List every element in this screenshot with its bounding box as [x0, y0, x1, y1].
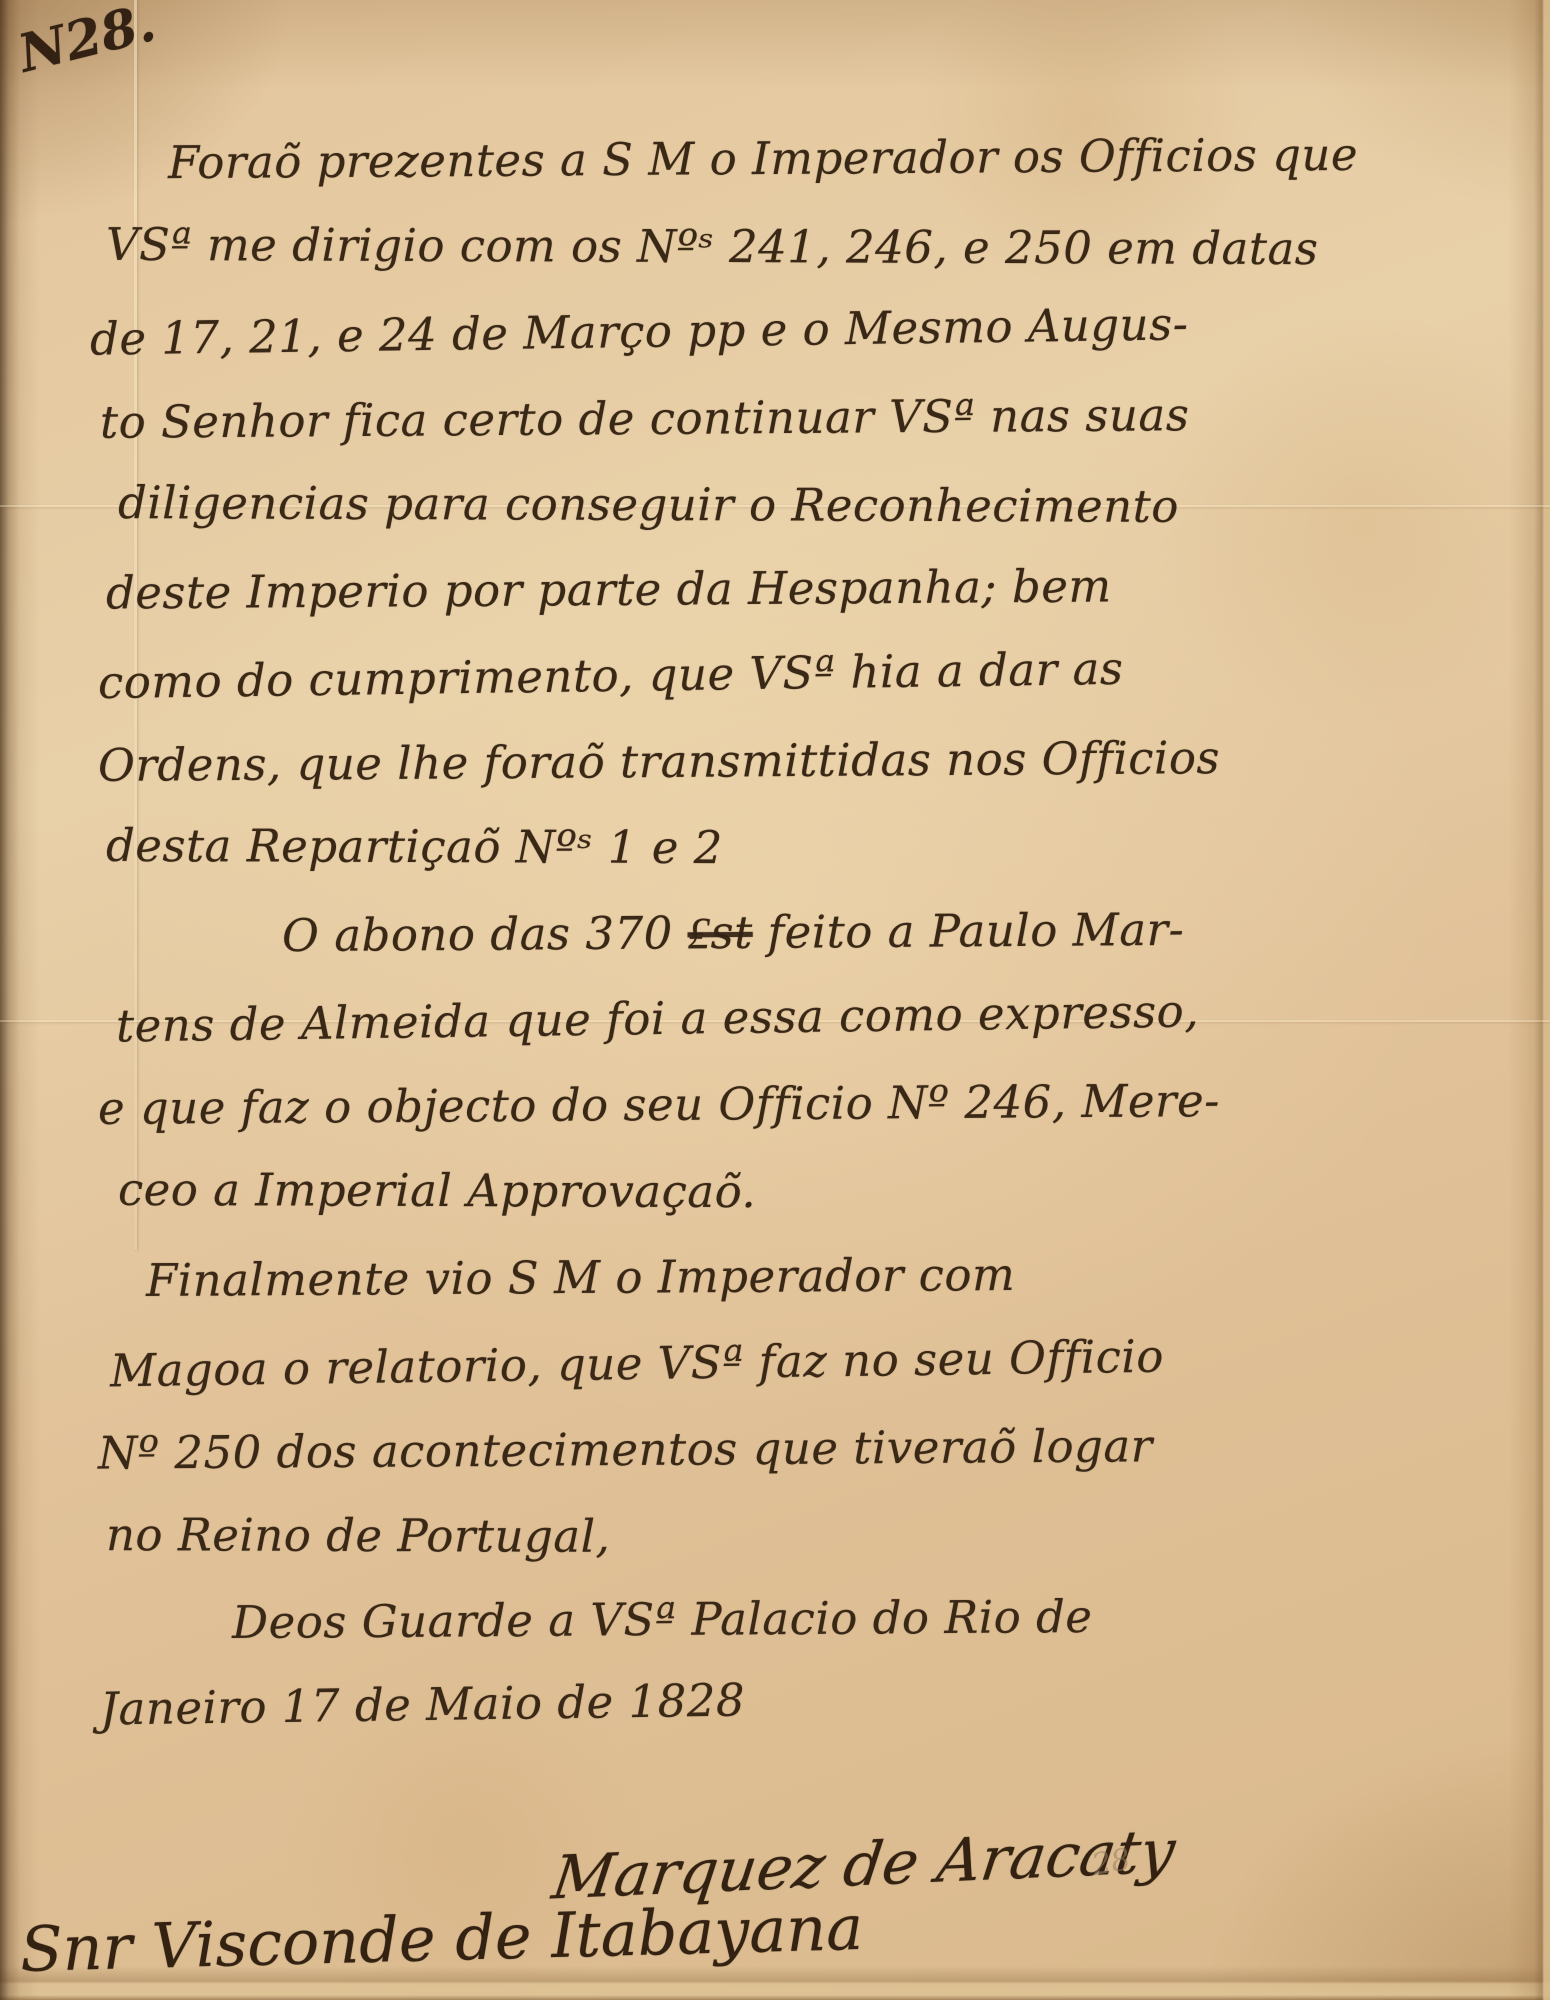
- manuscript-line: ceo a Imperial Approvaçaõ.: [118, 1163, 756, 1218]
- manuscript-line: tens de Almeida que foi a essa como expr…: [116, 984, 1200, 1052]
- manuscript-line: Finalmente vio S M o Imperador com: [146, 1248, 1016, 1307]
- pencil-annotation: 28: [1089, 1842, 1133, 1883]
- manuscript-line: no Reino de Portugal,: [106, 1508, 611, 1563]
- manuscript-line: deste Imperio por parte da Hespanha; bem: [106, 559, 1112, 619]
- manuscript-line: Ordens, que lhe foraõ transmittidas nos …: [98, 731, 1220, 792]
- abono-pre: O abono das 370: [282, 906, 688, 962]
- manuscript-line: de 17, 21, e 24 de Março pp e o Mesmo Au…: [90, 297, 1189, 365]
- struck-amount: ₤st: [687, 906, 753, 959]
- manuscript-line: desta Repartiçaõ Nºˢ 1 e 2: [106, 819, 723, 874]
- manuscript-line: Foraõ prezentes a S M o Imperador os Off…: [168, 128, 1358, 189]
- manuscript-line: Nº 250 dos acontecimentos que tiveraõ lo…: [98, 1419, 1153, 1479]
- addressee: Snr Visconde de Itabayana: [19, 1891, 864, 1986]
- manuscript-line: to Senhor fica certo de continuar VSª na…: [100, 388, 1190, 449]
- manuscript-line: VSª me dirigio com os Nºˢ 241, 246, e 25…: [106, 218, 1319, 275]
- manuscript-line: Magoa o relatorio, que VSª faz no seu Of…: [110, 1330, 1165, 1398]
- fold-crease-vertical: [134, 0, 137, 1250]
- manuscript-line: Janeiro 17 de Maio de 1828: [100, 1673, 746, 1735]
- manuscript-line-abono: O abono das 370 ₤st feito a Paulo Mar-: [282, 903, 1185, 962]
- manuscript-line: e que faz o objecto do seu Officio Nº 24…: [98, 1074, 1220, 1135]
- manuscript-line: diligencias para conseguir o Reconhecime…: [118, 476, 1179, 533]
- abono-post: feito a Paulo Mar-: [753, 903, 1185, 959]
- manuscript-page: N28. Foraõ prezentes a S M o Imperador o…: [0, 0, 1550, 2000]
- manuscript-line: como do cumprimento, que VSª hia a dar a…: [98, 642, 1124, 709]
- document-number: N28.: [13, 0, 162, 85]
- manuscript-line: Deos Guarde a VSª Palacio do Rio de: [232, 1590, 1093, 1649]
